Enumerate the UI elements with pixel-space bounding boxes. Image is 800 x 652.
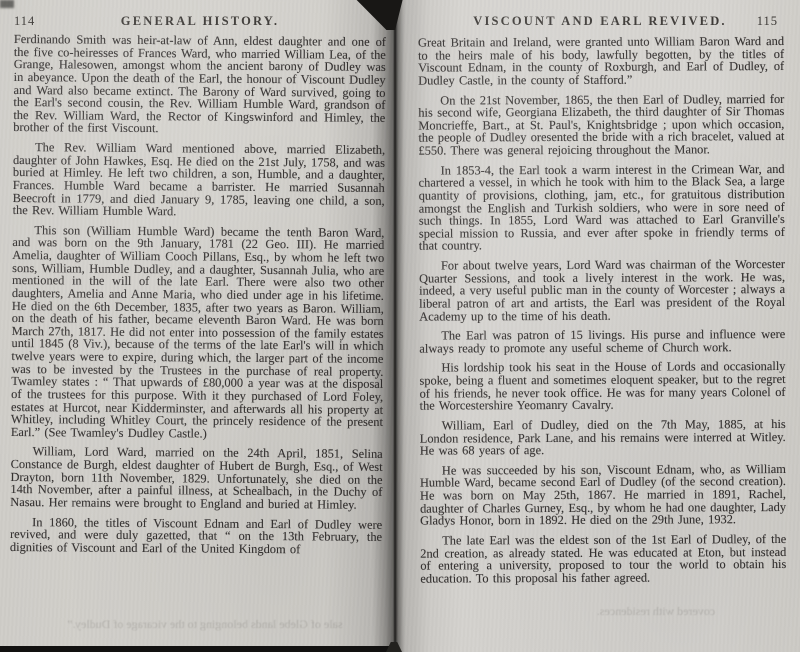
- paragraph: His lordship took his seat in the House …: [419, 360, 785, 412]
- paragraph: In 1853-4, the Earl took a warm interest…: [419, 163, 785, 253]
- paragraph: This son (William Humble Ward) became th…: [11, 224, 385, 442]
- paragraph: On the 21st November, 1865, the then Ear…: [418, 92, 784, 157]
- left-page: 114 GENERAL HISTORY. Ferdinando Smith wa…: [0, 0, 396, 652]
- right-ghost-showthrough-text: covered with residences.: [546, 604, 766, 619]
- paragraph: William, Lord Ward, married on the 24th …: [10, 445, 382, 511]
- paragraph: Great Britain and Ireland, were granted …: [418, 35, 784, 87]
- paragraph: The Earl was patron of 15 livings. His p…: [419, 328, 785, 355]
- left-running-header: GENERAL HISTORY.: [14, 14, 386, 29]
- paragraph: The late Earl was the eldest son of the …: [420, 533, 786, 585]
- paragraph: Ferdinando Smith was heir-at-law of Ann,…: [13, 33, 386, 137]
- paragraph: The Rev. William Ward mentioned above, m…: [13, 141, 386, 220]
- right-running-header: VISCOUNT AND EARL REVIVED.: [418, 14, 782, 29]
- paragraph: William, Earl of Dudley, died on the 7th…: [420, 418, 786, 457]
- right-page-text: Great Britain and Ireland, were granted …: [418, 35, 786, 592]
- book-scan: 114 GENERAL HISTORY. Ferdinando Smith wa…: [0, 0, 800, 652]
- right-page: VISCOUNT AND EARL REVIVED. 115 Great Bri…: [396, 0, 800, 652]
- scan-bottom-edge: [0, 646, 390, 652]
- paragraph: In 1860, the titles of Viscount Ednam an…: [10, 515, 382, 556]
- left-page-text: Ferdinando Smith was heir-at-law of Ann,…: [10, 33, 386, 563]
- paragraph: He was succeeded by his son, Viscount Ed…: [420, 463, 786, 528]
- left-ghost-showthrough-text: sale of Glebe lands belonging to the vic…: [40, 617, 370, 632]
- paragraph: For about twelve years, Lord Ward was ch…: [419, 258, 785, 323]
- scan-corner-smudge: [0, 0, 14, 8]
- right-page-number: 115: [757, 14, 778, 29]
- book-gutter-line: [394, 24, 396, 652]
